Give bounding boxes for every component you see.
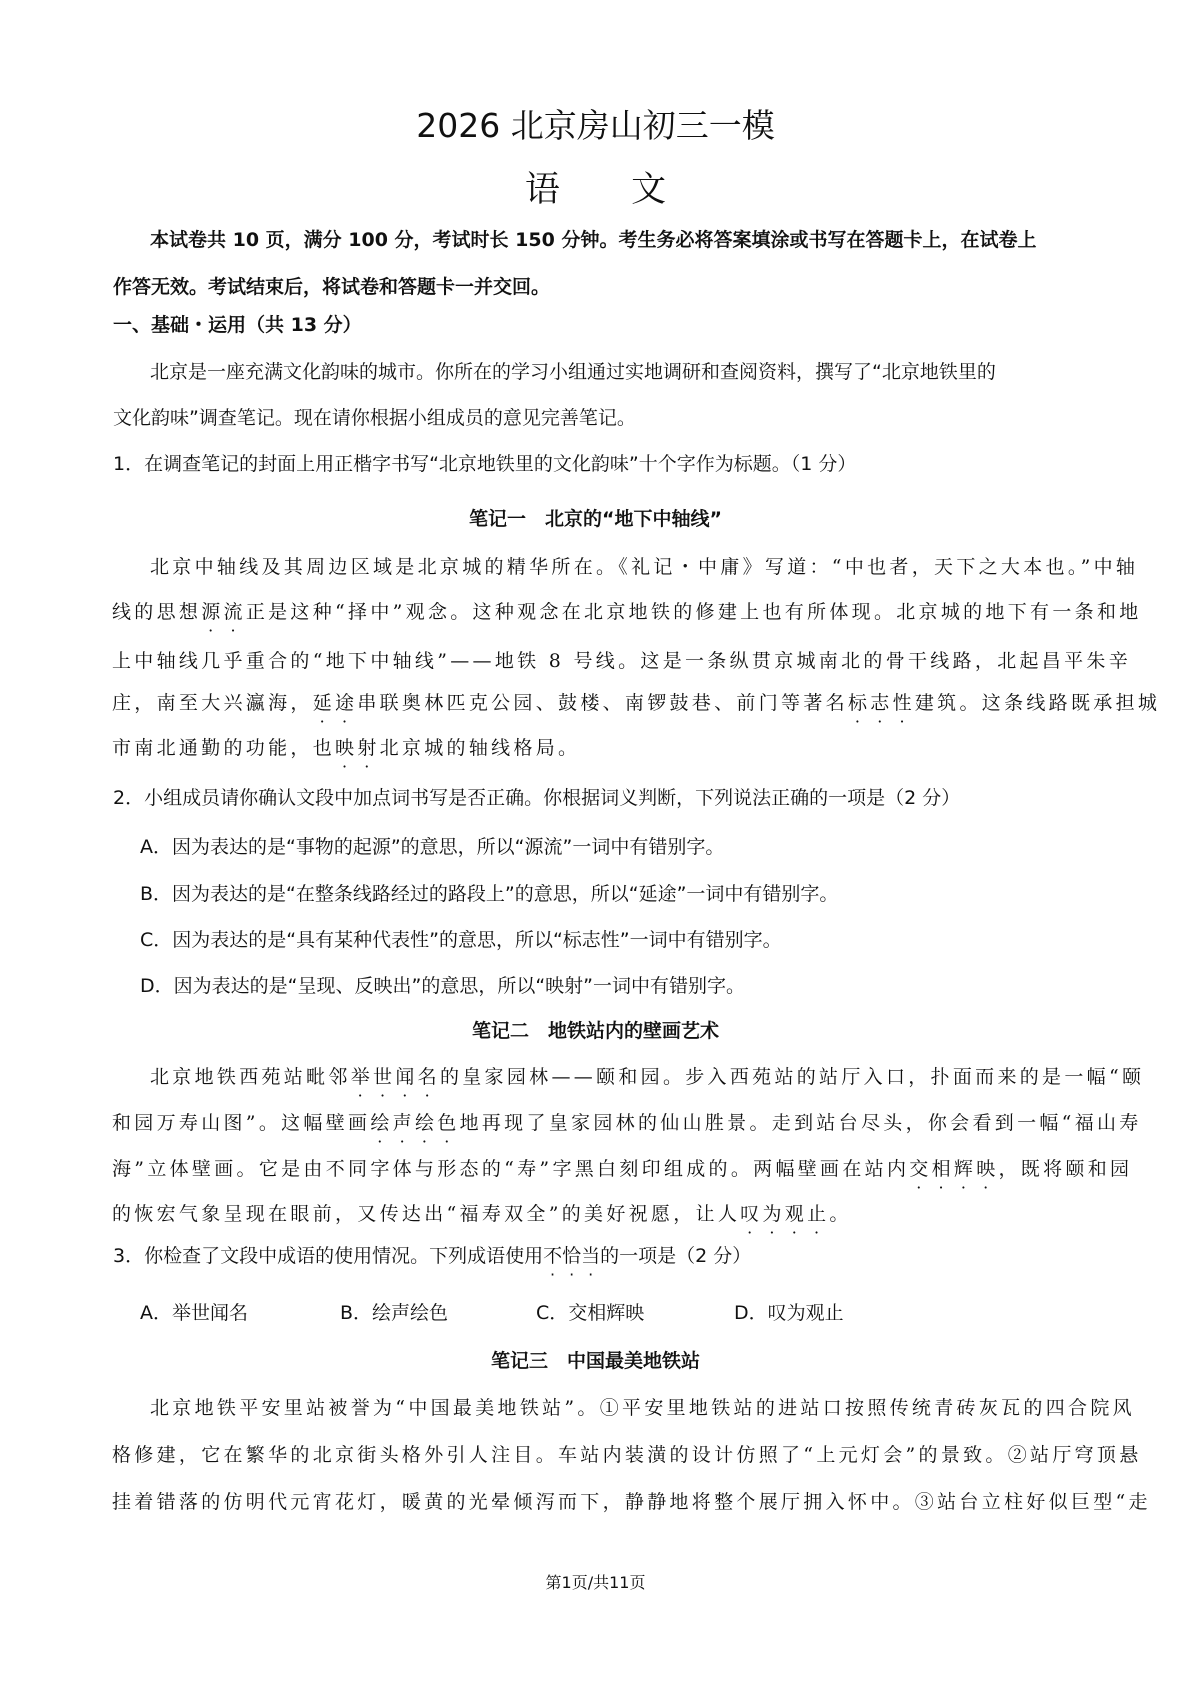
- emphasized-char: 色: [437, 1112, 459, 1134]
- emphasized-char: 绘: [370, 1112, 392, 1134]
- emphasized-char: 延: [313, 692, 335, 714]
- emphasized-char: 世: [373, 1066, 395, 1088]
- emphasized-char: 映: [335, 737, 357, 759]
- emphasized-char: 性: [893, 692, 915, 714]
- note-3-line: 挂着错落的仿明代元宵花灯，暖黄的光晕倾泻而下，静静地将整个展厅拥入怀中。③站台立…: [112, 1487, 1151, 1514]
- note-2-line: 海”立体壁画。它是由不同字体与形态的“寿”字黑白刻印组成的。两幅壁画在站内交相辉…: [112, 1154, 1132, 1181]
- note-3-line: 北京地铁平安里站被誉为“中国最美地铁站”。①平安里地铁站的进站口按照传统青砖灰瓦…: [150, 1393, 1135, 1420]
- emphasized-char: 途: [335, 692, 357, 714]
- exam-title: 2026 北京房山初三一模: [0, 100, 1191, 147]
- subject-char: 语: [525, 162, 560, 212]
- emphasized-char: 不: [543, 1245, 562, 1267]
- emphasized-char: 叹: [740, 1203, 762, 1225]
- emphasized-char: 映: [976, 1158, 998, 1180]
- emphasized-char: 辉: [954, 1158, 976, 1180]
- emphasized-char: 志: [870, 692, 892, 714]
- emphasized-char: 源: [201, 601, 223, 623]
- exam-page: 2026 北京房山初三一模 语 文 本试卷共 10 页，满分 100 分，考试时…: [0, 0, 1191, 1684]
- note-1-line: 线的思想源流正是这种“择中”观念。这种观念在北京地铁的修建上也有所体现。北京城的…: [112, 597, 1142, 624]
- emphasized-char: 为: [762, 1203, 784, 1225]
- q2-option-c: C．因为表达的是“具有某种代表性”的意思，所以“标志性”一词中有错别字。: [140, 925, 782, 952]
- emphasized-char: 名: [418, 1066, 440, 1088]
- note-1-heading: 笔记一 北京的“地下中轴线”: [0, 504, 1191, 531]
- q3-options: A．举世闻名B．绘声绘色C．交相辉映D．叹为观止: [140, 1298, 844, 1325]
- question-2: 2．小组成员请你确认文段中加点词书写是否正确。你根据词义判断，下列说法正确的一项…: [113, 786, 960, 810]
- emphasized-char: 声: [393, 1112, 415, 1134]
- intro-line-2: 文化韵味”调查笔记。现在请你根据小组成员的意见完善笔记。: [113, 406, 636, 430]
- emphasized-char: 射: [357, 737, 379, 759]
- intro-line-1: 北京是一座充满文化韵味的城市。你所在的学习小组通过实地调研和查阅资料，撰写了“北…: [150, 360, 996, 384]
- subject-title: 语 文: [0, 162, 1191, 212]
- q3-option-c: C．交相辉映: [536, 1298, 734, 1325]
- emphasized-char: 当: [581, 1245, 600, 1267]
- q3-option-b: B．绘声绘色: [340, 1298, 536, 1325]
- emphasized-char: 闻: [395, 1066, 417, 1088]
- emphasized-char: 流: [224, 601, 246, 623]
- q2-option-b: B．因为表达的是“在整条线路经过的路段上”的意思，所以“延途”一词中有错别字。: [140, 879, 838, 906]
- q2-option-d: D．因为表达的是“呈现、反映出”的意思，所以“映射”一词中有错别字。: [140, 971, 745, 998]
- page-number: 第1页/共11页: [0, 1570, 1191, 1593]
- question-1: 1．在调查笔记的封面上用正楷字书写“北京地铁里的文化韵味”十个字作为标题。（1 …: [113, 452, 856, 476]
- note-2-line: 的恢宏气象呈现在眼前，又传达出“福寿双全”的美好祝愿，让人叹为观止。: [112, 1199, 852, 1226]
- note-2-heading: 笔记二 地铁站内的壁画艺术: [0, 1016, 1191, 1043]
- emphasized-char: 举: [351, 1066, 373, 1088]
- note-1-line: 北京中轴线及其周边区域是北京城的精华所在。《礼记・中庸》写道：“中也者，天下之大…: [150, 552, 1138, 579]
- note-3-heading: 笔记三 中国最美地铁站: [0, 1346, 1191, 1373]
- emphasized-char: 标: [848, 692, 870, 714]
- note-2-line: 和园万寿山图”。这幅壁画绘声绘色地再现了皇家园林的仙山胜景。走到站台尽头，你会看…: [112, 1108, 1142, 1135]
- emphasized-char: 交: [909, 1158, 931, 1180]
- emphasized-char: 观: [785, 1203, 807, 1225]
- emphasized-char: 绘: [415, 1112, 437, 1134]
- note-3-line: 格修建，它在繁华的北京街头格外引人注目。车站内装潢的设计仿照了“上元灯会”的景致…: [112, 1440, 1142, 1467]
- note-2-line: 北京地铁西苑站毗邻举世闻名的皇家园林——颐和园。步入西苑站的站厅入口，扑面而来的…: [150, 1062, 1144, 1089]
- instructions-line-2: 作答无效。考试结束后，将试卷和答题卡一并交回。: [113, 275, 550, 299]
- note-1-line: 庄，南至大兴瀛海，延途串联奥林匹克公园、鼓楼、南锣鼓巷、前门等著名标志性建筑。这…: [112, 688, 1160, 715]
- instructions-line-1: 本试卷共 10 页，满分 100 分，考试时长 150 分钟。考生务必将答案填涂…: [150, 228, 1036, 252]
- q3-option-d: D．叹为观止: [734, 1298, 844, 1325]
- emphasized-char: 恰: [562, 1245, 581, 1267]
- question-3: 3．你检查了文段中成语的使用情况。下列成语使用不恰当的一项是（2 分）: [113, 1244, 751, 1268]
- q2-option-a: A．因为表达的是“事物的起源”的意思，所以“源流”一词中有错别字。: [140, 832, 724, 859]
- note-1-line: 市南北通勤的功能，也映射北京城的轴线格局。: [112, 733, 580, 760]
- q3-option-a: A．举世闻名: [140, 1298, 340, 1325]
- note-1-line: 上中轴线几乎重合的“地下中轴线”——地铁 8 号线。这是一条纵贯京城南北的骨干线…: [112, 646, 1131, 673]
- emphasized-char: 相: [932, 1158, 954, 1180]
- section-title: 一、基础・运用（共 13 分）: [113, 313, 362, 337]
- emphasized-char: 止: [807, 1203, 829, 1225]
- subject-char: 文: [631, 162, 666, 212]
